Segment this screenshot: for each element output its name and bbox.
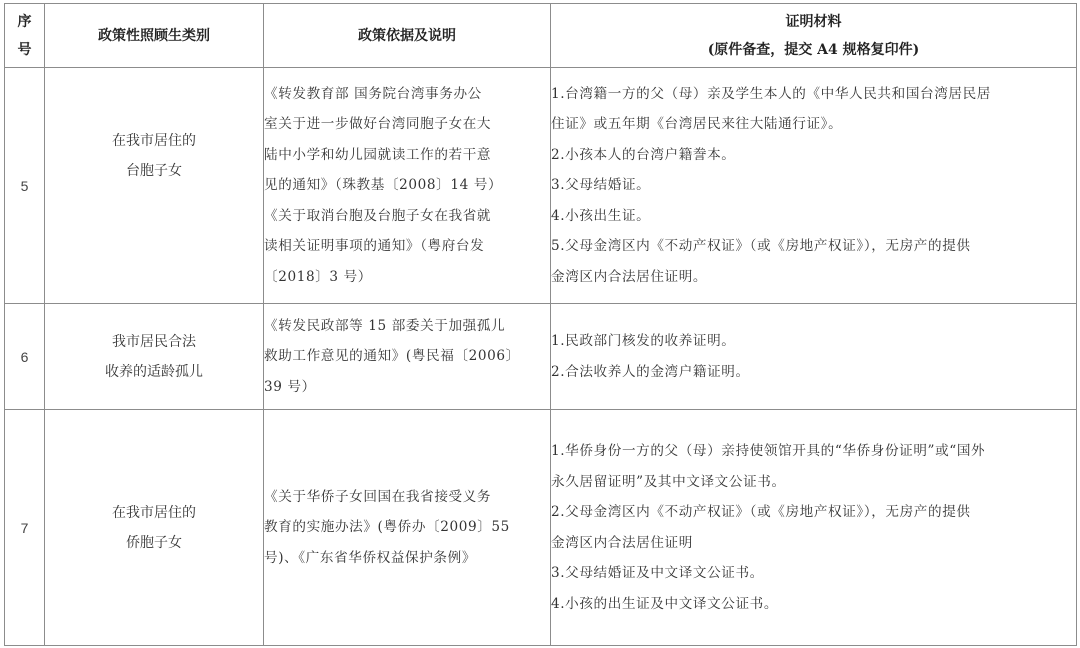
category-line: 我市居民合法 [45, 327, 263, 357]
proof-line: 1.台湾籍一方的父（母）亲及学生本人的《中华人民共和国台湾居民居 [551, 79, 1076, 110]
basis-line: 救助工作意见的通知》(粤民福〔2006〕 [264, 341, 550, 372]
row-seq: 6 [5, 304, 45, 410]
proof-line: 3.父母结婚证。 [551, 170, 1076, 201]
basis-line: 陆中小学和幼儿园就读工作的若干意 [264, 140, 550, 171]
header-category: 政策性照顾生类别 [45, 4, 264, 68]
proof-line: 永久居留证明”及其中文译文公证书。 [551, 467, 1076, 498]
header-proof-title: 证明材料 [551, 8, 1076, 36]
basis-line: 《关于取消台胞及台胞子女在我省就 [264, 201, 550, 232]
table-row: 7 在我市居住的 侨胞子女 《关于华侨子女回国在我省接受义务 教育的实施办法》(… [5, 410, 1077, 646]
category-line: 收养的适龄孤儿 [45, 357, 263, 387]
row-proof: 1.台湾籍一方的父（母）亲及学生本人的《中华人民共和国台湾居民居 住证》或五年期… [551, 68, 1077, 304]
proof-line: 2.小孩本人的台湾户籍誊本。 [551, 140, 1076, 171]
basis-line: 读相关证明事项的通知》（粤府台发 [264, 231, 550, 262]
row-basis: 《转发民政部等 15 部委关于加强孤儿 救助工作意见的通知》(粤民福〔2006〕… [264, 304, 551, 410]
category-line: 侨胞子女 [45, 528, 263, 558]
row-seq: 5 [5, 68, 45, 304]
row-basis: 《关于华侨子女回国在我省接受义务 教育的实施办法》(粤侨办〔2009〕55 号)… [264, 410, 551, 646]
proof-line: 2.合法收养人的金湾户籍证明。 [551, 357, 1076, 388]
policy-table: 序 号 政策性照顾生类别 政策依据及说明 证明材料 (原件备查，提交 A4 规格… [4, 3, 1077, 646]
category-line: 台胞子女 [45, 156, 263, 186]
category-line: 在我市居住的 [45, 498, 263, 528]
header-seq-line-1: 序 [5, 8, 44, 36]
header-proof: 证明材料 (原件备查，提交 A4 规格复印件) [551, 4, 1077, 68]
row-proof: 1.华侨身份一方的父（母）亲持使领馆开具的“华侨身份证明”或“国外 永久居留证明… [551, 410, 1077, 646]
basis-line: 教育的实施办法》(粤侨办〔2009〕55 [264, 512, 550, 543]
row-basis: 《转发教育部 国务院台湾事务办公 室关于进一步做好台湾同胞子女在大 陆中小学和幼… [264, 68, 551, 304]
table-row: 5 在我市居住的 台胞子女 《转发教育部 国务院台湾事务办公 室关于进一步做好台… [5, 68, 1077, 304]
proof-line: 3.父母结婚证及中文译文公证书。 [551, 558, 1076, 589]
header-proof-note: (原件备查，提交 A4 规格复印件) [551, 36, 1076, 64]
header-seq: 序 号 [5, 4, 45, 68]
header-basis: 政策依据及说明 [264, 4, 551, 68]
basis-line: 室关于进一步做好台湾同胞子女在大 [264, 109, 550, 140]
header-seq-line-2: 号 [5, 36, 44, 64]
category-line: 在我市居住的 [45, 126, 263, 156]
proof-line: 金湾区内合法居住证明 [551, 528, 1076, 559]
proof-line: 1.华侨身份一方的父（母）亲持使领馆开具的“华侨身份证明”或“国外 [551, 436, 1076, 467]
basis-line: 《转发教育部 国务院台湾事务办公 [264, 79, 550, 110]
proof-line: 1.民政部门核发的收养证明。 [551, 326, 1076, 357]
basis-line: 《关于华侨子女回国在我省接受义务 [264, 482, 550, 513]
basis-line: 见的通知》（珠教基〔2008〕14 号） [264, 170, 550, 201]
row-seq: 7 [5, 410, 45, 646]
proof-line: 住证》或五年期《台湾居民来往大陆通行证》。 [551, 109, 1076, 140]
proof-line: 2.父母金湾区内《不动产权证》（或《房地产权证》），无房产的提供 [551, 497, 1076, 528]
row-category: 在我市居住的 台胞子女 [45, 68, 264, 304]
row-proof: 1.民政部门核发的收养证明。 2.合法收养人的金湾户籍证明。 [551, 304, 1077, 410]
row-category: 我市居民合法 收养的适龄孤儿 [45, 304, 264, 410]
basis-line: 号)、《广东省华侨权益保护条例》 [264, 543, 550, 574]
table-row: 6 我市居民合法 收养的适龄孤儿 《转发民政部等 15 部委关于加强孤儿 救助工… [5, 304, 1077, 410]
proof-line: 5.父母金湾区内《不动产权证》（或《房地产权证》），无房产的提供 [551, 231, 1076, 262]
proof-line: 金湾区内合法居住证明。 [551, 262, 1076, 293]
basis-line: 39 号） [264, 372, 550, 403]
basis-line: 《转发民政部等 15 部委关于加强孤儿 [264, 311, 550, 342]
proof-line: 4.小孩的出生证及中文译文公证书。 [551, 589, 1076, 620]
basis-line: 〔2018〕3 号） [264, 262, 550, 293]
proof-line: 4.小孩出生证。 [551, 201, 1076, 232]
row-category: 在我市居住的 侨胞子女 [45, 410, 264, 646]
header-row: 序 号 政策性照顾生类别 政策依据及说明 证明材料 (原件备查，提交 A4 规格… [5, 4, 1077, 68]
